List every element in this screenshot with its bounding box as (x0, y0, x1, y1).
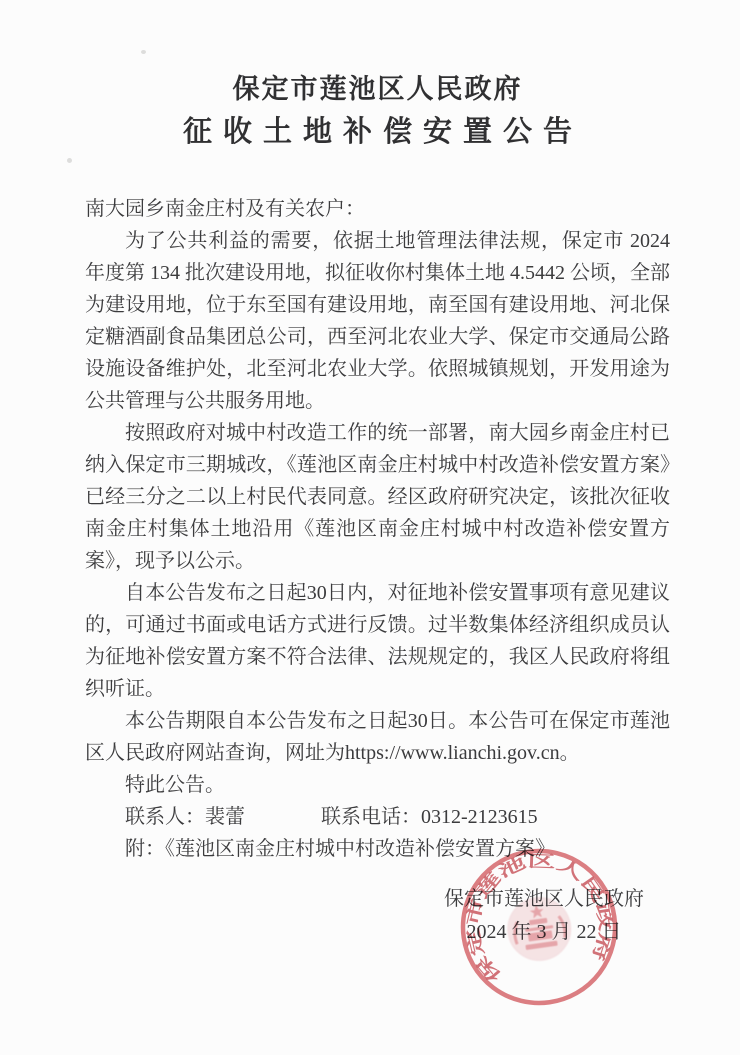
paragraph-4: 本公告期限自本公告发布之日起30日。本公告可在保定市莲池区人民政府网站查询，网址… (85, 705, 670, 769)
paragraph-2: 按照政府对城中村改造工作的统一部署，南大园乡南金庄村已纳入保定市三期城改，《莲池… (85, 417, 670, 577)
paragraph-3: 自本公告发布之日起30日内，对征地补偿安置事项有意见建议的，可通过书面或电话方式… (85, 577, 670, 705)
contact-phone: 联系电话：0312-2123615 (321, 801, 538, 833)
document-body: 南大园乡南金庄村及有关农户： 为了公共利益的需要，依据土地管理法律法规，保定市 … (85, 193, 670, 865)
document-content: 保定市莲池区人民政府 征收土地补偿安置公告 南大园乡南金庄村及有关农户： 为了公… (85, 72, 670, 865)
document-subtitle: 征收土地补偿安置公告 (85, 114, 670, 151)
closing-line: 特此公告。 (85, 769, 670, 801)
salutation: 南大园乡南金庄村及有关农户： (85, 193, 670, 225)
contact-person: 联系人：裴蕾 (125, 801, 245, 833)
seal-emblem-icon (504, 894, 574, 964)
scan-speck (141, 50, 146, 54)
announcement-page: 保定市莲池区人民政府 征收土地补偿安置公告 南大园乡南金庄村及有关农户： 为了公… (0, 0, 740, 1055)
scan-speck (67, 158, 72, 163)
paragraph-1: 为了公共利益的需要，依据土地管理法律法规，保定市 2024 年度第 134 批次… (85, 225, 670, 417)
document-title: 保定市莲池区人民政府 (85, 72, 670, 106)
official-seal: 保定市莲池区人民政府 (432, 820, 647, 1035)
